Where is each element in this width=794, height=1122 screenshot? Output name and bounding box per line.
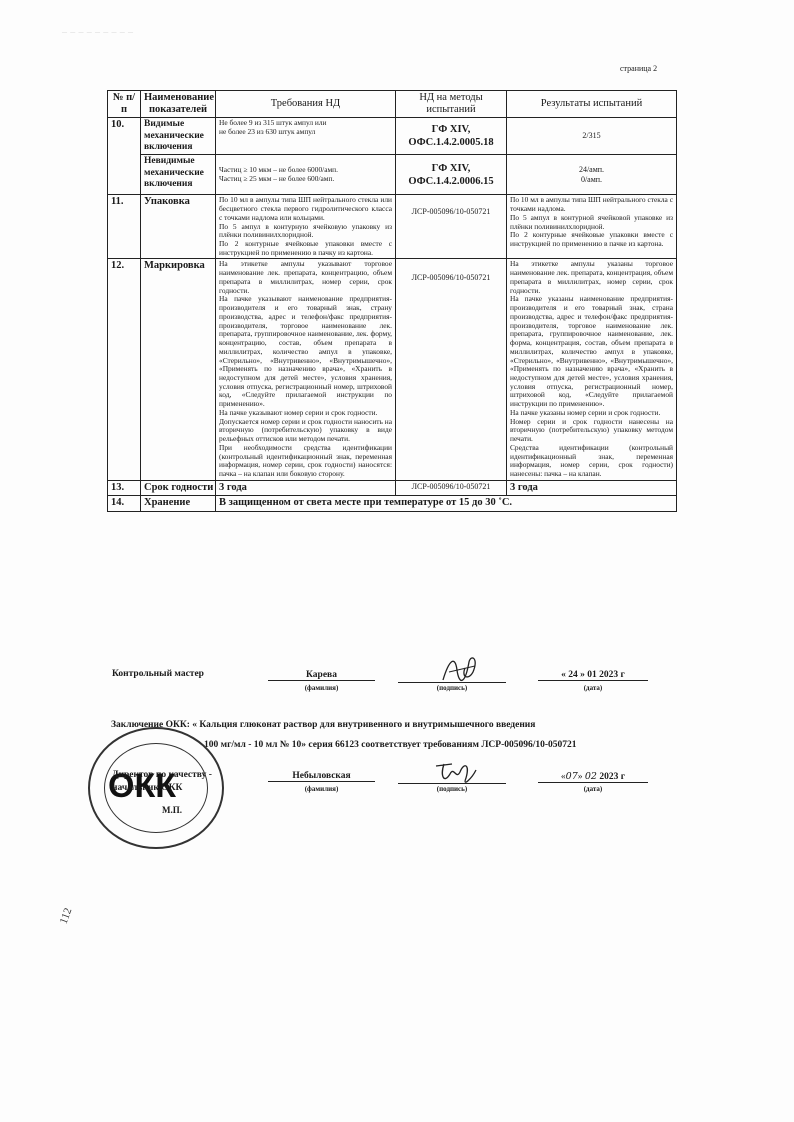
requirement-paragraph: Допускается номер серии и срок годности … [219, 418, 392, 444]
director-role-line-1: Директор по качеству - [112, 770, 212, 780]
row-method: ЛСР-005096/10-050721 [396, 259, 507, 480]
header-method: НД на методы испытаний [396, 91, 507, 118]
signature-caption: (подпись) [398, 785, 506, 793]
row-name: Маркировка [141, 259, 216, 480]
stamp-mp-text: М.П. [162, 805, 182, 815]
requirement-paragraph: По 10 мл в ампулы типа ШП нейтрального с… [219, 196, 392, 222]
control-master-surname: Карева [268, 670, 375, 681]
result-paragraph: На этикетке ампулы указаны торговое наим… [510, 260, 673, 295]
row-requirement: Не более 9 из 315 штук ампул или не боле… [216, 118, 396, 155]
row-result: 2/315 [507, 118, 677, 155]
row-result: 24/амп. 0/амп. [507, 155, 677, 195]
row-requirement: На этикетке ампулы указывают торговое на… [216, 259, 396, 480]
row-num: 13. [108, 480, 141, 496]
result-paragraph: По 10 мл в ампулы типа ШП нейтрального с… [510, 196, 673, 213]
row-method: ГФ XIV, ОФС.1.4.2.0005.18 [396, 118, 507, 155]
table-row: 12. Маркировка На этикетке ампулы указыв… [108, 259, 677, 480]
result-paragraph: По 5 ампул в контурной ячейковой упаковк… [510, 214, 673, 231]
director-role-line-2: начальник ОКК [112, 783, 182, 793]
requirement-paragraph: На этикетке ампулы указывают торговое на… [219, 260, 392, 295]
result-paragraph: На пачке указаны наименование предприяти… [510, 295, 673, 409]
surname-caption: (фамилия) [268, 785, 375, 793]
control-master-role: Контрольный мастер [112, 669, 204, 679]
result-paragraph: Номер серии и срок годности нанесены на … [510, 418, 673, 444]
director-surname: Небыловская [268, 771, 375, 782]
row-result: На этикетке ампулы указаны торговое наим… [507, 259, 677, 480]
row-name: Срок годности [141, 480, 216, 496]
handwritten-margin-note: 112 [58, 906, 75, 925]
header-name: Наименование показателей [141, 91, 216, 118]
row-name: Видимые механические включения [141, 118, 216, 155]
row-result: 3 года [507, 480, 677, 496]
requirement-line: Частиц ≥ 25 мкм – не более 600/амп. [219, 175, 392, 184]
test-results-table: № п/п Наименование показателей Требовани… [107, 90, 677, 512]
row-name: Упаковка [141, 195, 216, 259]
table-header-row: № п/п Наименование показателей Требовани… [108, 91, 677, 118]
row-method: ЛСР-005096/10-050721 [396, 480, 507, 496]
requirement-paragraph: При необходимости средства идентификации… [219, 444, 392, 479]
row-requirement: По 10 мл в ампулы типа ШП нейтрального с… [216, 195, 396, 259]
table-row: Невидимые механические включения Частиц … [108, 155, 677, 195]
header-num: № п/п [108, 91, 141, 118]
signature-caption: (подпись) [398, 684, 506, 692]
table-row: 13. Срок годности 3 года ЛСР-005096/10-0… [108, 480, 677, 496]
date-month: 02 [585, 771, 597, 782]
result-paragraph: Средства идентификации (контрольный иден… [510, 444, 673, 479]
row-method: ГФ XIV, ОФС.1.4.2.0006.15 [396, 155, 507, 195]
row-num: 12. [108, 259, 141, 480]
faint-header: — — — — — — — — — [62, 31, 134, 36]
row-name: Невидимые механические включения [141, 155, 216, 195]
table-row: 14. Хранение В защищенном от света месте… [108, 496, 677, 512]
row-num: 10. [108, 118, 141, 195]
result-line: 24/амп. [510, 165, 673, 174]
method-line: ОФС.1.4.2.0005.18 [399, 136, 503, 149]
date-caption: (дата) [538, 785, 648, 793]
row-result: По 10 мл в ампулы типа ШП нейтрального с… [507, 195, 677, 259]
requirement-paragraph: По 2 контурные ячейковые упаковки вместе… [219, 240, 392, 257]
row-method: ЛСР-005096/10-050721 [396, 195, 507, 259]
header-result: Результаты испытаний [507, 91, 677, 118]
conclusion-line-2: 100 мг/мл - 10 мл № 10» серия 66123 соот… [204, 740, 577, 750]
date-day: 07 [566, 771, 578, 782]
page-number: страница 2 [620, 64, 657, 73]
method-line: ГФ XIV, [399, 123, 503, 136]
row-num: 11. [108, 195, 141, 259]
table-row: 10. Видимые механические включения Не бо… [108, 118, 677, 155]
control-master-date: « 24 » 01 2023 г [538, 670, 648, 681]
result-paragraph: По 2 контурные ячейковые упаковки вместе… [510, 231, 673, 248]
date-year: 2023 г [599, 772, 625, 782]
table-row: 11. Упаковка По 10 мл в ампулы типа ШП н… [108, 195, 677, 259]
row-name: Хранение [141, 496, 216, 512]
result-line: 0/амп. [510, 175, 673, 184]
method-line: ОФС.1.4.2.0006.15 [399, 175, 503, 188]
requirement-paragraph: На пачке указывают наименование предприя… [219, 295, 392, 409]
row-requirement: 3 года [216, 480, 396, 496]
surname-caption: (фамилия) [268, 684, 375, 692]
requirement-line: не более 23 из 630 штук ампул [219, 128, 392, 137]
method-line: ГФ XIV, [399, 162, 503, 175]
row-requirement: В защищенном от света месте при температ… [216, 496, 677, 512]
header-requirement: Требования НД [216, 91, 396, 118]
date-caption: (дата) [538, 684, 648, 692]
row-num: 14. [108, 496, 141, 512]
row-requirement: Частиц ≥ 10 мкм – не более 6000/амп. Час… [216, 155, 396, 195]
requirement-paragraph: По 5 ампул в контурную ячейковую упаковк… [219, 223, 392, 240]
director-date: «07» 02 2023 г [538, 771, 648, 783]
